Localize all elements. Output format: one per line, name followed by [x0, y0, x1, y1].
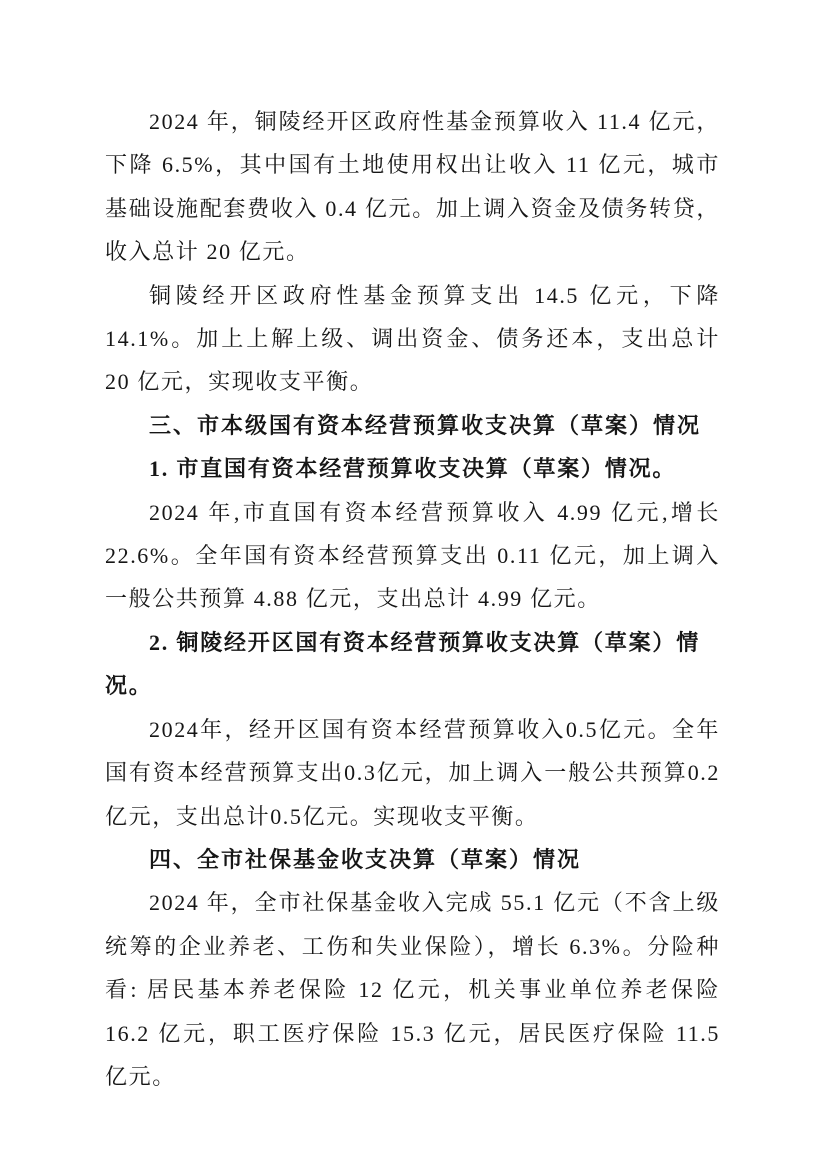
heading-section-three-soe-capital-budget: 三、市本级国有资本经营预算收支决算（草案）情况: [105, 404, 720, 447]
heading-section-four-social-security-fund: 四、全市社保基金收支决算（草案）情况: [105, 838, 720, 881]
paragraph-social-security-fund: 2024 年，全市社保基金收入完成 55.1 亿元（不含上级统筹的企业养老、工伤…: [105, 881, 720, 1098]
paragraph-ecodev-gov-fund-revenue: 2024 年，铜陵经开区政府性基金预算收入 11.4 亿元，下降 6.5%，其中…: [105, 100, 720, 274]
paragraph-ecodev-gov-fund-expenditure: 铜陵经开区政府性基金预算支出 14.5 亿元，下降 14.1%。加上上解上级、调…: [105, 274, 720, 404]
subheading-1-city-soe-capital-budget: 1. 市直国有资本经营预算收支决算（草案）情况。: [105, 447, 720, 490]
paragraph-city-soe-capital-budget: 2024 年,市直国有资本经营预算收入 4.99 亿元,增长 22.6%。全年国…: [105, 491, 720, 621]
paragraph-ecodev-soe-capital-budget: 2024年，经开区国有资本经营预算收入0.5亿元。全年国有资本经营预算支出0.3…: [105, 708, 720, 838]
document-page: 2024 年，铜陵经开区政府性基金预算收入 11.4 亿元，下降 6.5%，其中…: [0, 0, 826, 1169]
subheading-2-ecodev-soe-capital-budget: 2. 铜陵经开区国有资本经营预算收支决算（草案）情况。: [105, 621, 720, 708]
